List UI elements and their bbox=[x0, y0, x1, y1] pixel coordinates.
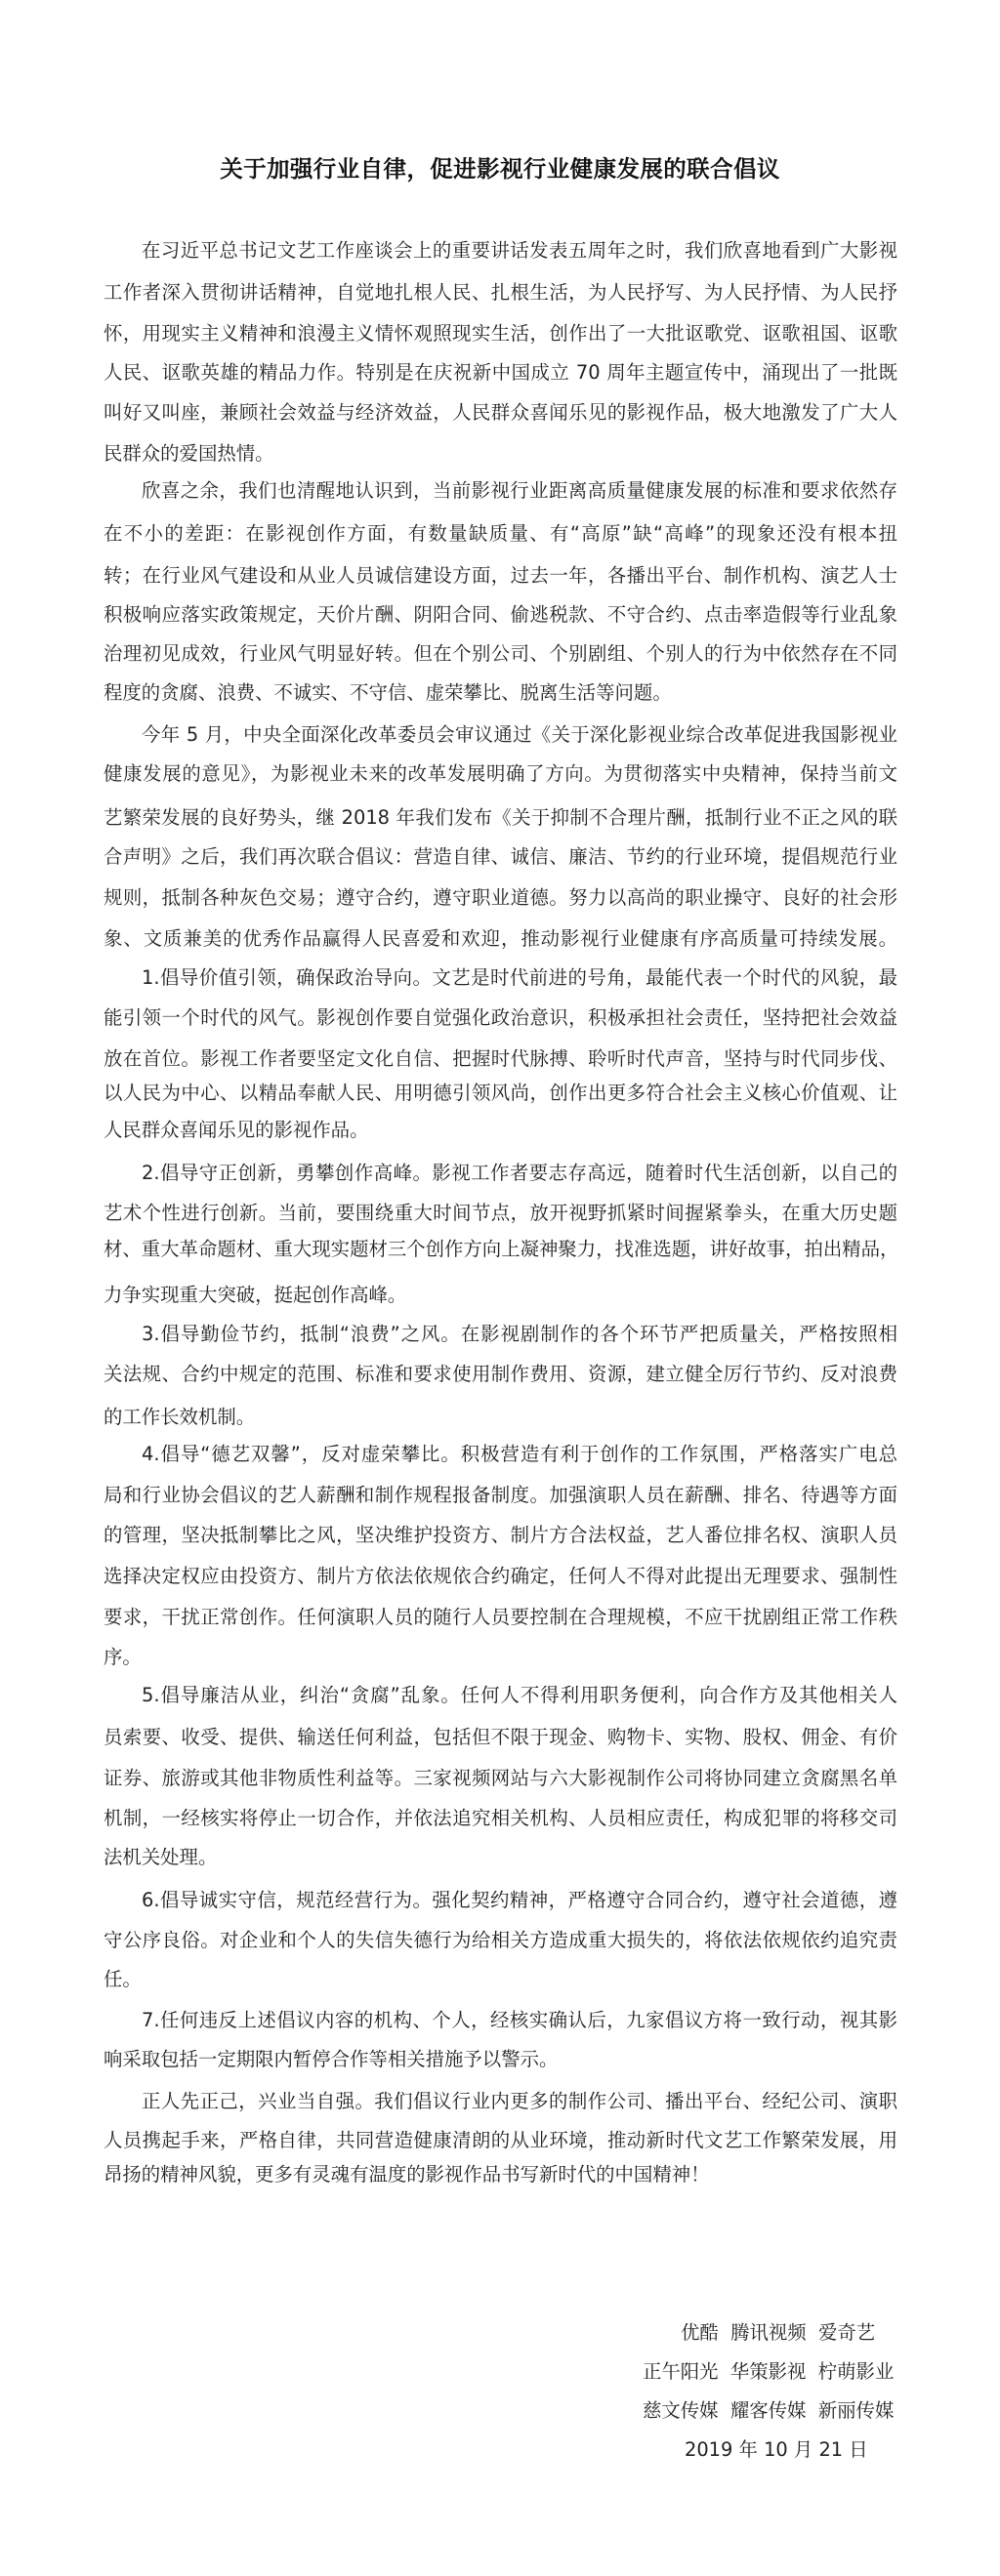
text-line: 守公序良俗。对企业和个人的失信失德行为给相关方造成重大损失的，将依法依规依约追究… bbox=[104, 1925, 897, 1956]
signatories-line-2: 正午阳光 华策影视 柠萌影业 bbox=[643, 2357, 898, 2387]
text-line: 艺繁荣发展的良好势头，继 2018 年我们发布《关于抑制不合理片酬，抵制行业不正… bbox=[104, 802, 897, 834]
text-line: 7.任何违反上述倡议内容的机构、个人，经核实确认后，九家倡议方将一致行动，视其影 bbox=[142, 2005, 897, 2036]
text-line: 象、文质兼美的优秀作品赢得人民喜爱和欢迎，推动影视行业健康有序高质量可持续发展。 bbox=[104, 923, 897, 955]
text-line: 在习近平总书记文艺工作座谈会上的重要讲话发表五周年之时，我们欣喜地看到广大影视 bbox=[142, 235, 897, 266]
text-line: 叫好又叫座，兼顾社会效益与经济效益，人民群众喜闻乐见的影视作品，极大地激发了广大… bbox=[104, 397, 897, 429]
text-line: 人民、讴歌英雄的精品力作。特别是在庆祝新中国成立 70 周年主题宣传中，涌现出了… bbox=[104, 357, 897, 388]
text-line: 怀，用现实主义精神和浪漫主义情怀观照现实生活，创作出了一大批讴歌党、讴歌祖国、讴… bbox=[104, 318, 897, 349]
text-line: 今年 5 月，中央全面深化改革委员会审议通过《关于深化影视业综合改革促进我国影视… bbox=[142, 719, 897, 751]
text-line: 要求，干扰正常创作。任何演职人员的随行人员要控制在合理规模，不应干扰剧组正常工作… bbox=[104, 1602, 897, 1633]
text-line: 人民群众喜闻乐见的影视作品。 bbox=[104, 1115, 897, 1146]
text-line: 法机关处理。 bbox=[104, 1842, 897, 1873]
text-line: 在不小的差距：在影视创作方面，有数量缺质量、有“高原”缺“高峰”的现象还没有根本… bbox=[104, 518, 897, 550]
text-line: 响采取包括一定期限内暂停合作等相关措施予以警示。 bbox=[104, 2044, 897, 2075]
signature-date: 2019 年 10 月 21 日 bbox=[685, 2435, 860, 2465]
text-line: 以人民为中心、以精品奉献人民、用明德引领风尚，创作出更多符合社会主义核心价值观、… bbox=[104, 1078, 897, 1109]
text-line: 3.倡导勤俭节约，抵制“浪费”之风。在影视剧制作的各个环节严把质量关，严格按照相 bbox=[142, 1319, 897, 1350]
text-line: 证券、旅游或其他非物质性利益等。三家视频网站与六大影视制作公司将协同建立贪腐黑名… bbox=[104, 1763, 897, 1794]
text-line: 5.倡导廉洁从业，纠治“贪腐”乱象。任何人不得利用职务便利，向合作方及其他相关人 bbox=[142, 1680, 897, 1711]
signatories-line-1: 优酷 腾讯视频 爱奇艺 bbox=[681, 2318, 879, 2348]
text-line: 局和行业协会倡议的艺人薪酬和制作规程报备制度。加强演职人员在薪酬、排名、待遇等方… bbox=[104, 1480, 897, 1511]
text-line: 1.倡导价值引领，确保政治导向。文艺是时代前进的号角，最能代表一个时代的风貌，最 bbox=[142, 962, 897, 994]
text-line: 工作者深入贯彻讲话精神，自觉地扎根人民、扎根生活，为人民抒写、为人民抒情、为人民… bbox=[104, 277, 897, 308]
text-line: 放在首位。影视工作者要坚定文化自信、把握时代脉搏、聆听时代声音，坚持与时代同步伐… bbox=[104, 1043, 897, 1075]
text-line: 艺术个性进行创新。当前，要围绕重大时间节点，放开视野抓紧时间握紧拳头，在重大历史… bbox=[104, 1198, 897, 1229]
text-line: 机制，一经核实将停止一切合作，并依法追究相关机构、人员相应责任，构成犯罪的将移交… bbox=[104, 1803, 897, 1834]
text-line: 的管理，坚决抵制攀比之风，坚决维护投资方、制片方合法权益，艺人番位排名权、演职人… bbox=[104, 1520, 897, 1551]
text-line: 正人先正己，兴业当自强。我们倡议行业内更多的制作公司、播出平台、经纪公司、演职 bbox=[142, 2086, 897, 2117]
text-line: 关法规、合约中规定的范围、标准和要求使用制作费用、资源，建立健全厉行节约、反对浪… bbox=[104, 1359, 897, 1390]
text-line: 治理初见成效，行业风气明显好转。但在个别公司、个别剧组、个别人的行为中依然存在不… bbox=[104, 638, 897, 670]
text-line: 2.倡导守正创新，勇攀创作高峰。影视工作者要志存高远，随着时代生活创新，以自己的 bbox=[142, 1158, 897, 1189]
text-line: 力争实现重大突破，挺起创作高峰。 bbox=[104, 1280, 897, 1311]
text-line: 序。 bbox=[104, 1642, 897, 1673]
text-line: 4.倡导“德艺双馨”，反对虚荣攀比。积极营造有利于创作的工作氛围，严格落实广电总 bbox=[142, 1439, 897, 1470]
text-line: 规则，抵制各种灰色交易；遵守合约，遵守职业道德。努力以高尚的职业操守、良好的社会… bbox=[104, 882, 897, 914]
text-line: 积极响应落实政策规定，天价片酬、阴阳合同、偷逃税款、不守合约、点击率造假等行业乱… bbox=[104, 599, 897, 631]
text-line: 任。 bbox=[104, 1964, 897, 1995]
text-line: 程度的贪腐、浪费、不诚实、不守信、虚荣攀比、脱离生活等问题。 bbox=[104, 677, 897, 709]
text-line: 材、重大革命题材、重大现实题材三个创作方向上凝神聚力，找准选题，讲好故事，拍出精… bbox=[104, 1234, 897, 1265]
text-line: 能引领一个时代的风气。影视创作要自觉强化政治意识，积极承担社会责任，坚持把社会效… bbox=[104, 1002, 897, 1034]
text-line: 选择决定权应由投资方、制片方依法依规依合约确定，任何人不得对此提出无理要求、强制… bbox=[104, 1561, 897, 1592]
text-line: 员索要、收受、提供、输送任何利益，包括但不限于现金、购物卡、实物、股权、佣金、有… bbox=[104, 1722, 897, 1753]
text-line: 合声明》之后，我们再次联合倡议：营造自律、诚信、廉洁、节约的行业环境，提倡规范行… bbox=[104, 841, 897, 873]
text-line: 转；在行业风气建设和从业人员诚信建设方面，过去一年，各播出平台、制作机构、演艺人… bbox=[104, 560, 897, 592]
text-line: 欣喜之余，我们也清醒地认识到，当前影视行业距离高质量健康发展的标准和要求依然存 bbox=[142, 475, 897, 507]
text-line: 人员携起手来，严格自律，共同营造健康清朗的从业环境，推动新时代文艺工作繁荣发展，… bbox=[104, 2125, 897, 2156]
text-line: 6.倡导诚实守信，规范经营行为。强化契约精神，严格遵守合同合约，遵守社会道德，遵 bbox=[142, 1885, 897, 1916]
text-line: 民群众的爱国热情。 bbox=[104, 438, 897, 470]
signatories-line-3: 慈文传媒 耀客传媒 新丽传媒 bbox=[643, 2396, 898, 2426]
document-title: 关于加强行业自律，促进影视行业健康发展的联合倡议 bbox=[0, 152, 1000, 185]
text-line-closing-last: 昂扬的精神风貌，更多有灵魂有温度的影视作品书写新时代的中国精神！ bbox=[104, 2159, 897, 2190]
text-line: 健康发展的意见》，为影视业未来的改革发展明确了方向。为贯彻落实中央精神，保持当前… bbox=[104, 758, 897, 790]
text-line: 的工作长效机制。 bbox=[104, 1402, 897, 1433]
document-page: 关于加强行业自律，促进影视行业健康发展的联合倡议 在习近平总书记文艺工作座谈会上… bbox=[0, 0, 1000, 2576]
